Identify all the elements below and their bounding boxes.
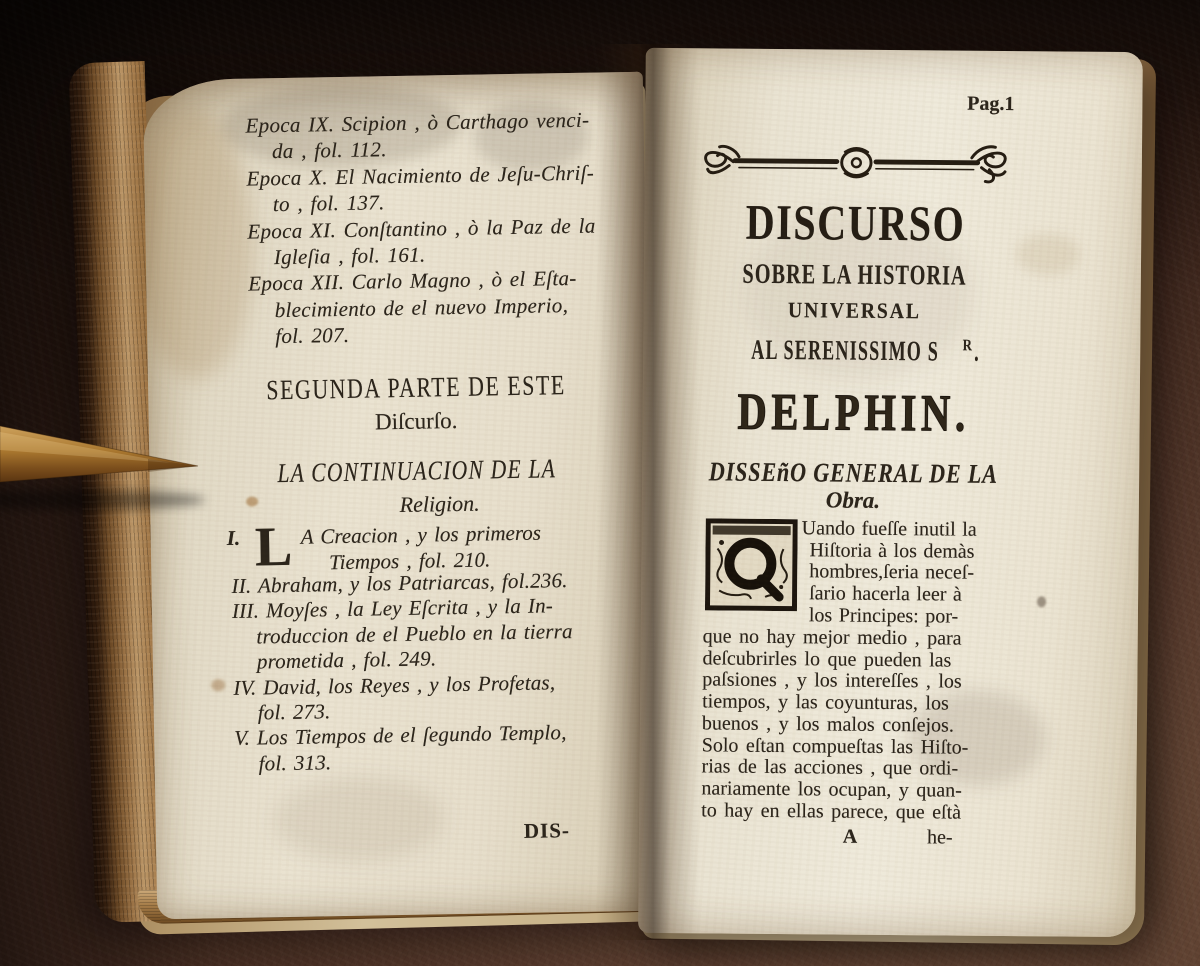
woodcut-initial-Q-icon [705,518,798,611]
text-line: buenos , y los malos conſejos. [702,713,969,737]
page-number: Pag.1 [967,93,1014,116]
stain [1037,596,1046,607]
catchword-left: DIS- [524,818,570,844]
headpiece-ornament-icon [700,138,1013,189]
stain [273,775,444,863]
epoca-index-list: Epoca IX. Scipion , ò Carthago venci-da … [245,106,655,351]
subtitle2: UNIVERSAL [788,297,921,324]
text-line: Uando fueſſe inutil la [802,518,977,541]
title: DISCURSO [745,193,965,253]
catchword-right: he- [927,826,953,849]
part-subheading: Diſcurſo. [209,405,624,438]
section-heading: DISSEñO GENERAL DE LA [709,456,998,490]
left-page: Epoca IX. Scipion , ò Carthago venci-da … [143,72,658,920]
text-line: fol. 207. [249,317,655,350]
stain [211,679,225,691]
text-line: to hay en ellas parece, que eſtà [701,800,968,824]
text-line: ſario hacerla leer à [801,583,976,606]
continuation-heading: LA CONTINUACION DE LA [278,453,557,489]
subtitle2-block: UNIVERSAL [643,296,1065,326]
dedication-line: AL SERENISSIMO SR. [643,334,1065,370]
dedication-superscript: R [963,337,974,354]
text-line: nariamente los ocupan, y quan- [701,778,968,802]
dedication: AL SERENISSIMO SR. [728,335,981,369]
part-heading-block: SEGUNDA PARTE DE ESTE Diſcurſo. [208,369,624,438]
continuation-subheading: Religion. [232,488,647,521]
photo-scene: Epoca IX. Scipion , ò Carthago venci-da … [0,0,1200,966]
wooden-pointer [0,418,218,518]
right-page: Pag.1 [638,48,1143,937]
signature-mark: A [639,824,1061,851]
section-heading-block: DISSEñO GENERAL DE LA [642,456,1064,491]
continuation-heading-block: LA CONTINUACION DE LA Religion. [209,452,625,521]
title-block: DISCURSO [644,192,1066,254]
text-line: hombres,ſeria neceſ- [801,562,976,585]
subtitle-block: SOBRE LA HISTORIA [644,258,1066,294]
section-subheading: Obra. [642,486,1064,516]
stain [131,109,256,381]
text-line: Hiſtoria à los demàs [801,540,976,563]
initial-letter-L: L [254,521,292,574]
dedicatee: DELPHIN. [737,383,970,444]
subtitle: SOBRE LA HISTORIA [743,259,967,293]
pointer-shadow [0,490,205,510]
body-text-beside-dropcap: Uando fueſſe inutil laHiſtoria à los dem… [801,518,977,628]
numbered-index-list: II. Abraham, y los Patriarcas, fol.236.I… [231,566,664,777]
item-one-numeral: I. [226,525,240,551]
dedicatee-name: DELPHIN. [642,382,1064,445]
part-heading: SEGUNDA PARTE DE ESTE [266,370,566,407]
body-text: que no hay mejor medio , paradeſcubrirle… [701,626,969,824]
text-line: los Principes: por- [801,605,976,628]
